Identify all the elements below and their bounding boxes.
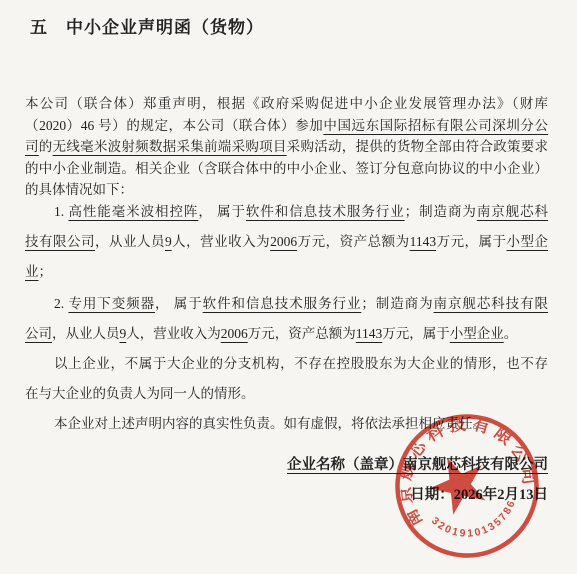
plain-text: ；制造商为 — [361, 296, 433, 311]
text-line: 的中小企业制造。相关企业（含联合体中的中小企业、签订分包意向协议的中小企业） — [25, 158, 548, 180]
plain-text: ， 属于 — [198, 204, 246, 219]
underlined-text: 软件和信息技术服务行业 — [203, 296, 362, 311]
plain-text: 万元，属于 — [436, 234, 506, 249]
text-line: 业； — [25, 257, 548, 287]
plain-text: ；制造商为 — [405, 204, 477, 219]
plain-text: 万元，资产总额为 — [297, 234, 409, 249]
underlined-text: 公司 — [25, 326, 52, 341]
document-page: { "page": { "background": "#f6f5f2", "te… — [0, 0, 577, 574]
text-line: 2. 专用下变频器， 属于软件和信息技术服务行业；制造商为南京舰芯科技有限 — [25, 289, 548, 319]
body-paragraph: 2. 专用下变频器， 属于软件和信息技术服务行业；制造商为南京舰芯科技有限公司，… — [25, 289, 548, 349]
date-line: 日期：2026年2月13日 — [287, 480, 548, 510]
plain-text: 人，营业收入为 — [172, 234, 270, 249]
company-name-text: 企业名称（盖章）南京舰芯科技有限公司 — [287, 457, 548, 473]
underlined-text: 小型企 — [507, 234, 549, 249]
plain-text: ，从业人员 — [95, 234, 165, 249]
title-text: 中小企业声明函（货物） — [66, 18, 264, 37]
text-line: 本公司（联合体）郑重声明，根据《政府采购促进中小企业发展管理办法》（财库 — [25, 93, 548, 115]
plain-text: 人，营业收入为 — [126, 326, 221, 341]
plain-text: 2. — [54, 296, 68, 311]
plain-text: 本公司（联合体）郑重声明，根据《政府采购促进中小企业发展管理办法》（财库 — [25, 96, 548, 111]
document-title: 五中小企业声明函（货物） — [30, 13, 264, 38]
body-paragraph: 以上企业，不属于大企业的分支机构，不存在控股股东为大企业的情形，也不存在与大企业… — [25, 349, 548, 409]
text-line: 本企业对上述声明内容的真实性负责。如有虚假，将依法承担相应责任。 — [25, 409, 548, 439]
plain-text: 采购活动，提供的货物全部由符合政策要求 — [287, 139, 548, 154]
plain-text: 的具体情况如下： — [25, 182, 133, 197]
text-line: 公司，从业人员9人，营业收入为2006万元，资产总额为1143万元，属于小型企业… — [25, 319, 548, 349]
underlined-text: 2006 — [270, 234, 297, 249]
body-paragraph: 本公司（联合体）郑重声明，根据《政府采购促进中小企业发展管理办法》（财库（202… — [25, 93, 548, 201]
underlined-text: 专用下变频器 — [68, 296, 155, 311]
plain-text: （2020）46 号）的规定，本公司（联合体）参加 — [25, 118, 323, 133]
body-paragraph: 1. 高性能毫米波相控阵， 属于软件和信息技术服务行业；制造商为南京舰芯科技有限… — [25, 197, 548, 287]
underlined-text: 9 — [165, 234, 172, 249]
plain-text: 万元，资产总额为 — [248, 326, 356, 341]
text-line: 1. 高性能毫米波相控阵， 属于软件和信息技术服务行业；制造商为南京舰芯科 — [25, 197, 548, 227]
signature-block: 企业名称（盖章）南京舰芯科技有限公司 日期：2026年2月13日 — [287, 450, 548, 510]
underlined-text: 无线毫米波射频数据采集前端采购项目 — [53, 139, 287, 154]
underlined-text: 南京舰芯科 — [477, 204, 548, 219]
underlined-text: 小型企业 — [450, 326, 504, 341]
underlined-text: 高性能毫米波相控阵 — [68, 204, 198, 219]
plain-text: 万元，属于 — [382, 326, 450, 341]
underlined-text: 软件和信息技术服务行业 — [246, 204, 405, 219]
underlined-text: 南京舰芯科技有限 — [434, 296, 549, 311]
text-line: 技有限公司，从业人员9人，营业收入为2006万元，资产总额为1143万元，属于小… — [25, 227, 548, 257]
document-body: 本公司（联合体）郑重声明，根据《政府采购促进中小企业发展管理办法》（财库（202… — [25, 93, 548, 439]
plain-text: ； — [39, 264, 53, 279]
plain-text: 的 — [39, 139, 53, 154]
underlined-text: 中国远东国际招标有限公司深圳分公 — [323, 118, 548, 133]
plain-text: 1. — [54, 204, 68, 219]
text-line: 在与大企业的负责人为同一人的情形。 — [25, 379, 548, 409]
plain-text: 。 — [504, 326, 518, 341]
underlined-text: 技有限公司 — [25, 234, 95, 249]
section-number: 五 — [30, 18, 48, 37]
text-line: （2020）46 号）的规定，本公司（联合体）参加中国远东国际招标有限公司深圳分… — [25, 115, 548, 137]
plain-text: ，从业人员 — [52, 326, 120, 341]
text-line: 以上企业，不属于大企业的分支机构，不存在控股股东为大企业的情形，也不存 — [25, 349, 548, 379]
plain-text: 本企业对上述声明内容的真实性负责。如有虚假，将依法承担相应责任。 — [54, 416, 486, 431]
underlined-text: 1143 — [356, 326, 383, 341]
underlined-text: 司 — [25, 139, 39, 154]
text-line: 司的无线毫米波射频数据采集前端采购项目采购活动，提供的货物全部由符合政策要求 — [25, 136, 548, 158]
plain-text: ， 属于 — [155, 296, 203, 311]
plain-text: 以上企业，不属于大企业的分支机构，不存在控股股东为大企业的情形，也不存 — [54, 356, 548, 371]
underlined-text: 2006 — [221, 326, 248, 341]
underlined-text: 业 — [25, 264, 39, 279]
underlined-text: 1143 — [410, 234, 437, 249]
plain-text: 在与大企业的负责人为同一人的情形。 — [25, 386, 255, 401]
plain-text: 的中小企业制造。相关企业（含联合体中的中小企业、签订分包意向协议的中小企业） — [25, 161, 548, 176]
company-name-line: 企业名称（盖章）南京舰芯科技有限公司 — [287, 450, 548, 480]
body-paragraph: 本企业对上述声明内容的真实性负责。如有虚假，将依法承担相应责任。 — [25, 409, 548, 439]
